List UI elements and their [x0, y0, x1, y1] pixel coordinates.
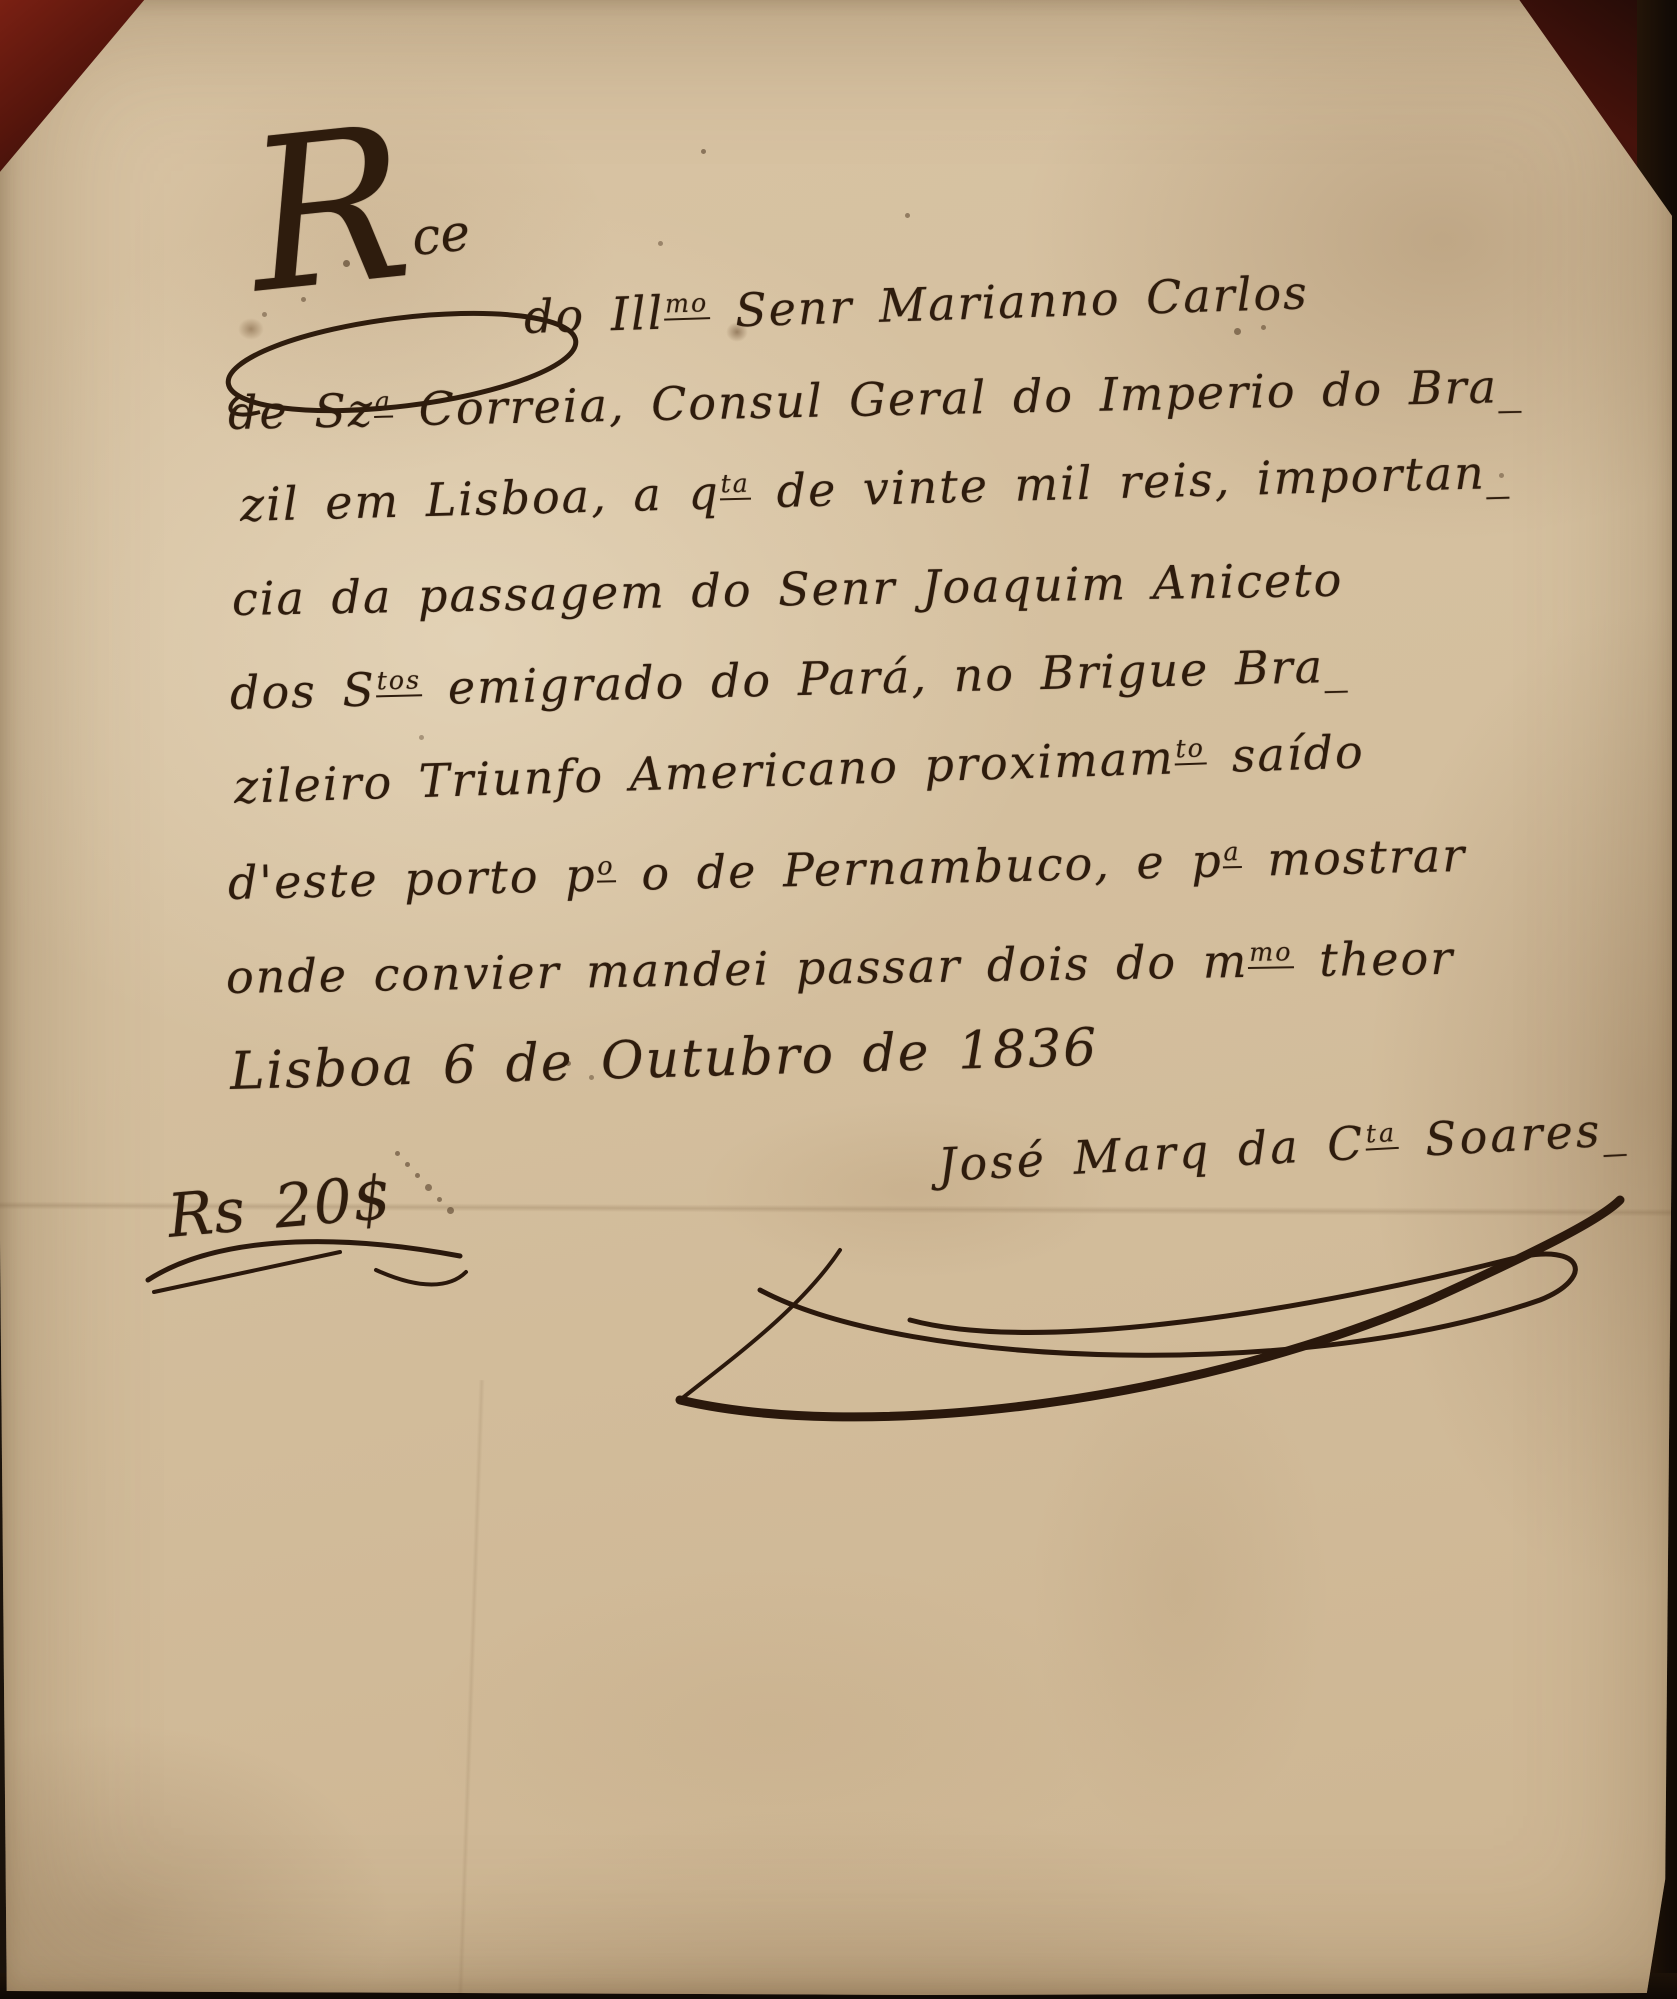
superscript-abbrev: ce: [408, 202, 474, 267]
manuscript-line: do Illmo Senr Marianno Carlos: [523, 265, 1309, 344]
text-segment: Lisboa 6 de Outubro de 1836: [229, 1018, 1099, 1102]
text-segment: emigrado do Pará, no Brigue Bra_: [422, 639, 1350, 716]
superscript-abbrev: to: [1174, 733, 1206, 765]
manuscript-line: zileiro Triunfo Americano proximamto saí…: [233, 724, 1365, 814]
superscript-abbrev: mo: [664, 288, 710, 320]
text-segment: cia da passagem do Senr Joaquim Aniceto: [232, 553, 1344, 626]
manuscript-line: d'este porto po o de Pernambuco, e pa mo…: [227, 828, 1466, 910]
manuscript-line: zil em Lisboa, a qta de vinte mil reis, …: [239, 445, 1511, 532]
signature-flourish: [610, 1130, 1650, 1430]
text-segment: Senr Marianno Carlos: [709, 265, 1310, 338]
paper-stain: [420, 1560, 1120, 1890]
paper-crease-vertical: [457, 1380, 485, 1999]
photo-backdrop: Rce do Illmo Senr Marianno Carlos de Sza…: [0, 0, 1677, 1999]
paper: Rce do Illmo Senr Marianno Carlos de Sza…: [0, 0, 1677, 1999]
text-segment: onde convier mandei passar dois do m: [226, 934, 1249, 1004]
text-segment: dos S: [229, 662, 376, 720]
text-segment: o de Pernambuco, e p: [615, 833, 1223, 901]
manuscript-line: onde convier mandei passar dois do mmo t…: [226, 931, 1455, 1004]
initial-flourish: [212, 300, 592, 430]
manuscript-line: cia da passagem do Senr Joaquim Aniceto: [232, 553, 1344, 626]
text-segment: mostrar: [1241, 828, 1467, 887]
date-line: Lisboa 6 de Outubro de 1836: [229, 1018, 1099, 1102]
text-segment: zileiro Triunfo Americano proximam: [233, 730, 1175, 814]
amount-strike-flourish: [140, 1160, 480, 1320]
text-segment: theor: [1293, 931, 1454, 988]
superscript-abbrev: ta: [719, 468, 751, 500]
superscript-abbrev: tos: [375, 665, 422, 697]
text-segment: de vinte mil reis, importan_: [750, 445, 1511, 519]
text-segment: zil em Lisboa, a q: [239, 465, 720, 532]
manuscript-line: dos Stos emigrado do Pará, no Brigue Bra…: [229, 639, 1349, 720]
superscript-abbrev: o: [596, 851, 616, 882]
superscript-abbrev: mo: [1248, 937, 1294, 969]
superscript-abbrev: a: [1222, 837, 1242, 868]
text-segment: saído: [1205, 724, 1365, 783]
text-segment: d'este porto p: [227, 848, 597, 910]
